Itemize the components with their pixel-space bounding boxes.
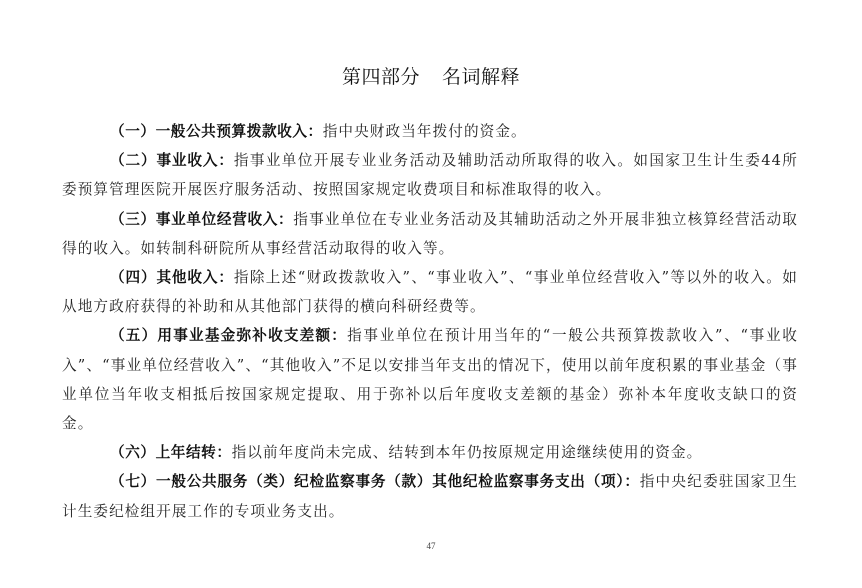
definition-term: （六）上年结转：	[110, 444, 232, 461]
definition-text: 指中央财政当年拨付的资金。	[323, 123, 527, 140]
definition-term: （二）事业收入：	[110, 152, 234, 169]
title-part: 第四部分	[342, 66, 420, 88]
definition-text: 指以前年度尚未完成、结转到本年仍按原规定用途继续使用的资金。	[232, 444, 703, 461]
definition-term: （一）一般公共预算拨款收入：	[110, 123, 323, 140]
document-body: （一）一般公共预算拨款收入：指中央财政当年拨付的资金。 （二）事业收入：指事业单…	[62, 117, 798, 526]
definition-paragraph-6: （六）上年结转：指以前年度尚未完成、结转到本年仍按原规定用途继续使用的资金。	[62, 438, 798, 467]
definition-term: （五）用事业基金弥补收支差额：	[110, 327, 347, 344]
title-name: 名词解释	[442, 66, 520, 88]
document-page: 第四部分名词解释 （一）一般公共预算拨款收入：指中央财政当年拨付的资金。 （二）…	[0, 0, 862, 588]
definition-term: （三）事业单位经营收入：	[110, 211, 293, 228]
definition-paragraph-7: （七）一般公共服务（类）纪检监察事务（款）其他纪检监察事务支出（项）：指中央纪委…	[62, 467, 798, 525]
definition-paragraph-4: （四）其他收入：指除上述“财政拨款收入”、“事业收入”、“事业单位经营收入”等以…	[62, 263, 798, 321]
definition-term: （七）一般公共服务（类）纪检监察事务（款）其他纪检监察事务支出（项）：	[110, 473, 640, 490]
definition-paragraph-5: （五）用事业基金弥补收支差额：指事业单位在预计用当年的“一般公共预算拨款收入”、…	[62, 321, 798, 438]
page-number: 47	[0, 541, 862, 551]
definition-paragraph-3: （三）事业单位经营收入：指事业单位在专业业务活动及其辅助活动之外开展非独立核算经…	[62, 205, 798, 263]
page-title: 第四部分名词解释	[0, 62, 862, 89]
definition-paragraph-1: （一）一般公共预算拨款收入：指中央财政当年拨付的资金。	[62, 117, 798, 146]
definition-paragraph-2: （二）事业收入：指事业单位开展专业业务活动及辅助活动所取得的收入。如国家卫生计生…	[62, 146, 798, 204]
definition-term: （四）其他收入：	[110, 269, 234, 286]
